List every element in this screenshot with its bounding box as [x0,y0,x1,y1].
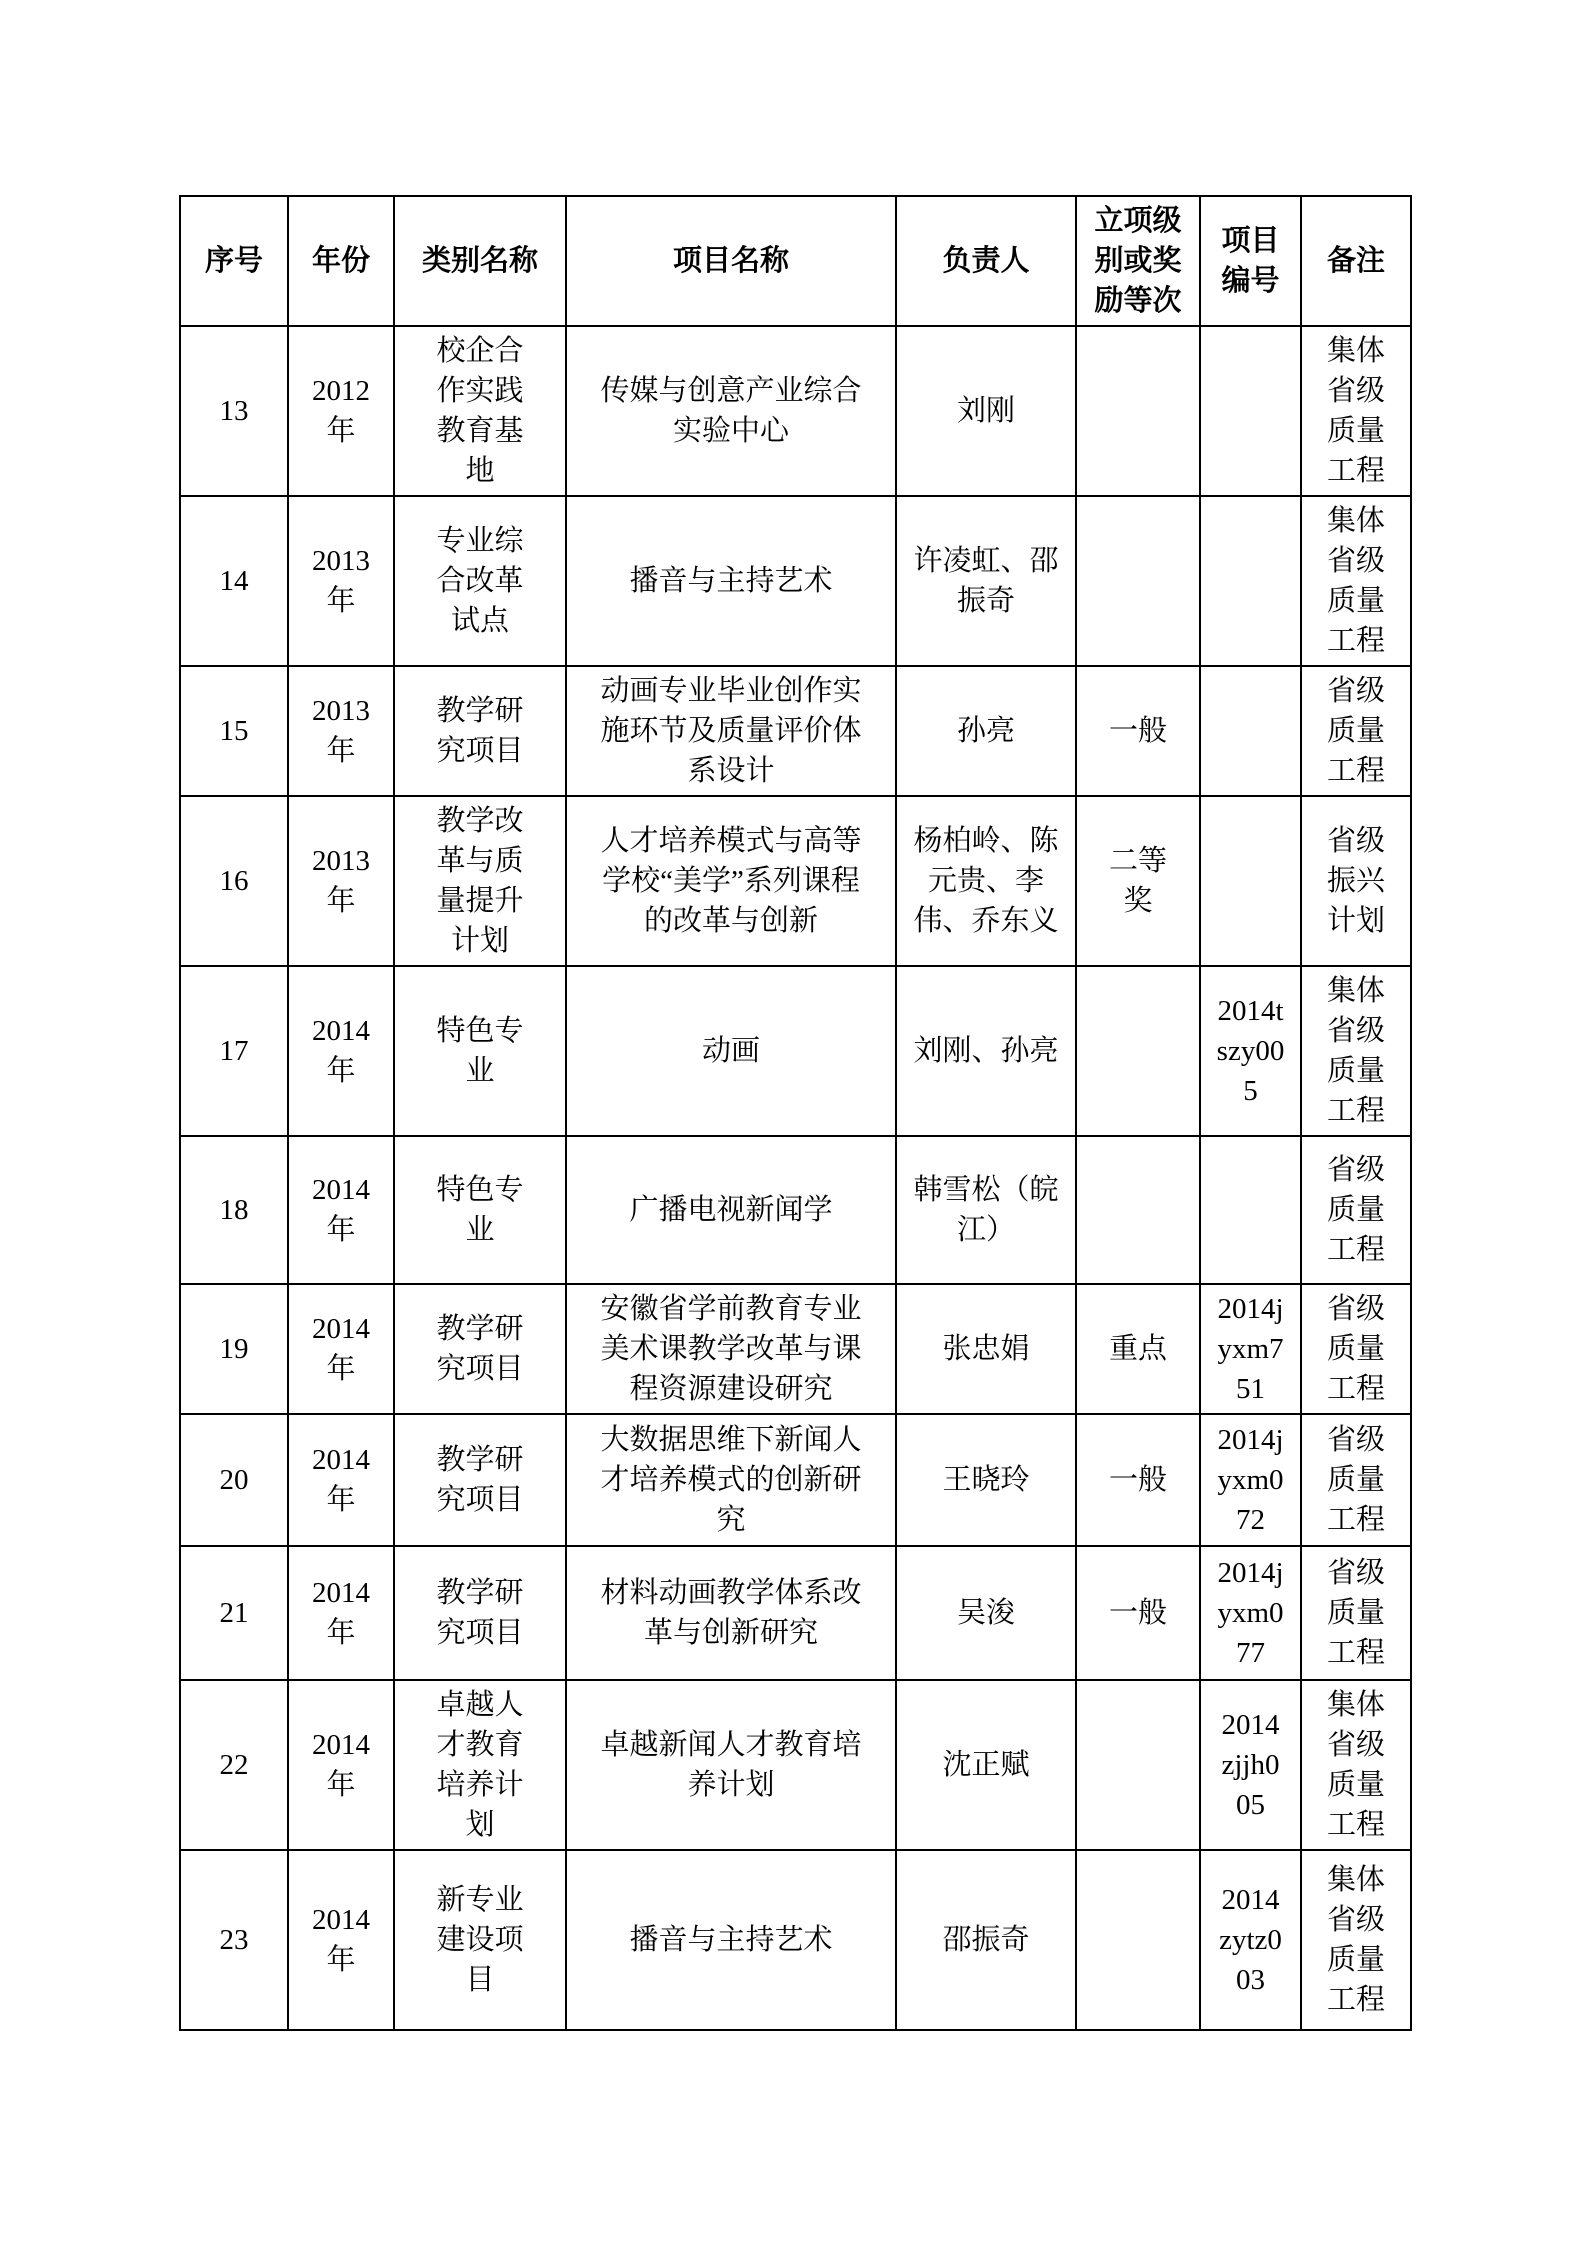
cell-leader: 沈正赋 [896,1680,1076,1850]
cell-level [1076,966,1200,1136]
cell-project: 人才培养模式与高等学校“美学”系列课程的改革与创新 [566,796,896,966]
cell-leader: 吴浚 [896,1546,1076,1680]
cell-level [1076,1850,1200,2030]
cell-project: 播音与主持艺术 [566,496,896,666]
cell-code [1200,496,1301,666]
cell-code [1200,796,1301,966]
cell-category: 教学研 究项目 [394,666,566,796]
cell-level: 一般 [1076,1546,1200,1680]
cell-level: 一般 [1076,666,1200,796]
cell-project: 播音与主持艺术 [566,1850,896,2030]
cell-level: 一般 [1076,1414,1200,1546]
header-note: 备注 [1301,196,1411,326]
cell-no: 18 [180,1136,288,1284]
cell-year: 2014 年 [288,1680,394,1850]
cell-level: 二等 奖 [1076,796,1200,966]
table-row: 22 2014 年 卓越人 才教育 培养计 划 卓越新闻人才教育培养计划 沈正赋… [180,1680,1411,1850]
cell-project: 动画专业毕业创作实施环节及质量评价体系设计 [566,666,896,796]
cell-no: 13 [180,326,288,496]
cell-level [1076,496,1200,666]
cell-note: 省级 质量 工程 [1301,1136,1411,1284]
header-level: 立项级别或奖励等次 [1076,196,1200,326]
cell-leader: 刘刚 [896,326,1076,496]
cell-no: 20 [180,1414,288,1546]
table-row: 20 2014 年 教学研 究项目 大数据思维下新闻人才培养模式的创新研究 王晓… [180,1414,1411,1546]
cell-no: 23 [180,1850,288,2030]
cell-category: 卓越人 才教育 培养计 划 [394,1680,566,1850]
cell-note: 集体 省级 质量 工程 [1301,326,1411,496]
cell-no: 16 [180,796,288,966]
cell-leader: 许凌虹、邵振奇 [896,496,1076,666]
cell-year: 2013 年 [288,496,394,666]
cell-code: 2014 zjjh0 05 [1200,1680,1301,1850]
cell-project: 动画 [566,966,896,1136]
cell-category: 教学研 究项目 [394,1414,566,1546]
cell-note: 省级 振兴 计划 [1301,796,1411,966]
cell-year: 2014 年 [288,1284,394,1414]
document-page: { "table": { "headers": ["序号", "年份", "类别… [0,0,1587,2245]
cell-note: 集体 省级 质量 工程 [1301,1850,1411,2030]
table-row: 14 2013 年 专业综 合改革 试点 播音与主持艺术 许凌虹、邵振奇 集体 … [180,496,1411,666]
cell-project: 广播电视新闻学 [566,1136,896,1284]
cell-no: 21 [180,1546,288,1680]
cell-code: 2014 zytz0 03 [1200,1850,1301,2030]
table-row: 23 2014 年 新专业 建设项 目 播音与主持艺术 邵振奇 2014 zyt… [180,1850,1411,2030]
cell-code: 2014j yxm0 77 [1200,1546,1301,1680]
cell-category: 专业综 合改革 试点 [394,496,566,666]
cell-code [1200,326,1301,496]
header-leader: 负责人 [896,196,1076,326]
cell-year: 2014 年 [288,1546,394,1680]
cell-project: 卓越新闻人才教育培养计划 [566,1680,896,1850]
header-year: 年份 [288,196,394,326]
cell-category: 新专业 建设项 目 [394,1850,566,2030]
cell-note: 集体 省级 质量 工程 [1301,1680,1411,1850]
cell-category: 校企合 作实践 教育基 地 [394,326,566,496]
cell-note: 省级 质量 工程 [1301,666,1411,796]
cell-level [1076,1136,1200,1284]
cell-code: 2014j yxm7 51 [1200,1284,1301,1414]
cell-year: 2014 年 [288,966,394,1136]
cell-category: 特色专 业 [394,1136,566,1284]
cell-leader: 王晓玲 [896,1414,1076,1546]
cell-year: 2014 年 [288,1850,394,2030]
cell-no: 22 [180,1680,288,1850]
cell-code [1200,666,1301,796]
cell-leader: 韩雪松（皖江） [896,1136,1076,1284]
cell-project: 材料动画教学体系改革与创新研究 [566,1546,896,1680]
cell-leader: 孙亮 [896,666,1076,796]
cell-category: 教学研 究项目 [394,1546,566,1680]
cell-category: 教学研 究项目 [394,1284,566,1414]
cell-year: 2014 年 [288,1414,394,1546]
cell-level: 重点 [1076,1284,1200,1414]
cell-no: 14 [180,496,288,666]
cell-note: 省级 质量 工程 [1301,1284,1411,1414]
cell-level [1076,326,1200,496]
header-project: 项目名称 [566,196,896,326]
cell-code: 2014t szy00 5 [1200,966,1301,1136]
cell-year: 2013 年 [288,666,394,796]
table-row: 13 2012 年 校企合 作实践 教育基 地 传媒与创意产业综合实验中心 刘刚… [180,326,1411,496]
cell-leader: 张忠娟 [896,1284,1076,1414]
header-code: 项目编号 [1200,196,1301,326]
cell-level [1076,1680,1200,1850]
projects-table: 序号 年份 类别名称 项目名称 负责人 立项级别或奖励等次 项目编号 备注 13… [179,195,1412,2031]
cell-project: 安徽省学前教育专业美术课教学改革与课程资源建设研究 [566,1284,896,1414]
cell-category: 教学改 革与质 量提升 计划 [394,796,566,966]
table-row: 15 2013 年 教学研 究项目 动画专业毕业创作实施环节及质量评价体系设计 … [180,666,1411,796]
table-row: 16 2013 年 教学改 革与质 量提升 计划 人才培养模式与高等学校“美学”… [180,796,1411,966]
cell-project: 大数据思维下新闻人才培养模式的创新研究 [566,1414,896,1546]
cell-no: 19 [180,1284,288,1414]
cell-code: 2014j yxm0 72 [1200,1414,1301,1546]
cell-note: 省级 质量 工程 [1301,1546,1411,1680]
cell-note: 集体 省级 质量 工程 [1301,966,1411,1136]
cell-project: 传媒与创意产业综合实验中心 [566,326,896,496]
cell-no: 17 [180,966,288,1136]
cell-year: 2014 年 [288,1136,394,1284]
header-no: 序号 [180,196,288,326]
table-row: 19 2014 年 教学研 究项目 安徽省学前教育专业美术课教学改革与课程资源建… [180,1284,1411,1414]
cell-category: 特色专 业 [394,966,566,1136]
cell-year: 2012 年 [288,326,394,496]
table-header-row: 序号 年份 类别名称 项目名称 负责人 立项级别或奖励等次 项目编号 备注 [180,196,1411,326]
cell-note: 集体 省级 质量 工程 [1301,496,1411,666]
header-category: 类别名称 [394,196,566,326]
cell-leader: 刘刚、孙亮 [896,966,1076,1136]
table-row: 17 2014 年 特色专 业 动画 刘刚、孙亮 2014t szy00 5 集… [180,966,1411,1136]
cell-code [1200,1136,1301,1284]
table-row: 21 2014 年 教学研 究项目 材料动画教学体系改革与创新研究 吴浚 一般 … [180,1546,1411,1680]
cell-leader: 杨柏岭、陈元贵、李伟、乔东义 [896,796,1076,966]
cell-note: 省级 质量 工程 [1301,1414,1411,1546]
cell-year: 2013 年 [288,796,394,966]
cell-no: 15 [180,666,288,796]
table-row: 18 2014 年 特色专 业 广播电视新闻学 韩雪松（皖江） 省级 质量 工程 [180,1136,1411,1284]
cell-leader: 邵振奇 [896,1850,1076,2030]
